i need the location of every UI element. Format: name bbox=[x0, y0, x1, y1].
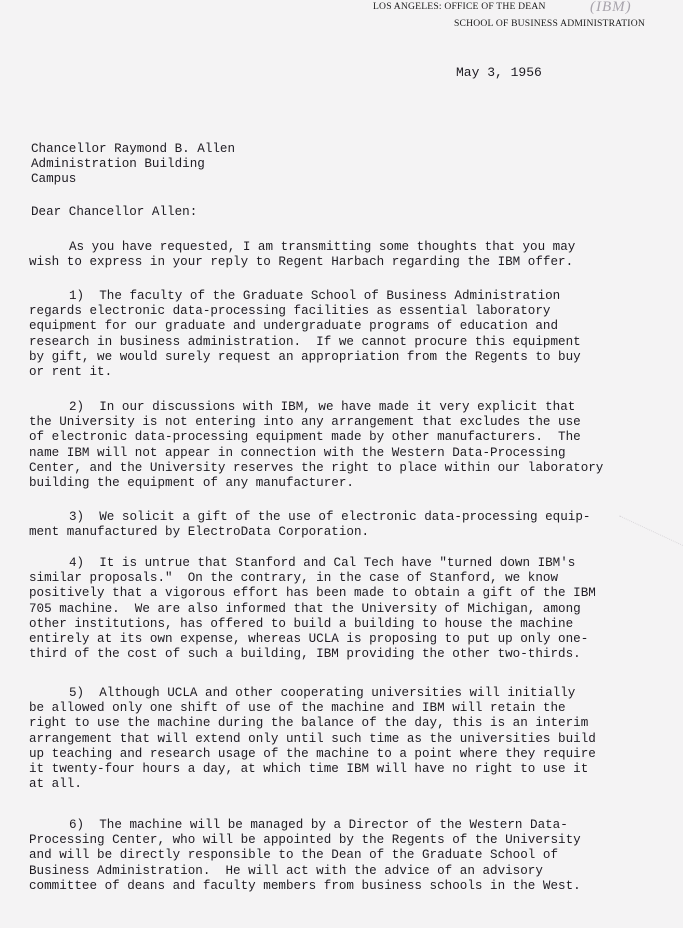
paragraph-line: 5) Although UCLA and other cooperating u… bbox=[29, 686, 596, 701]
paper-crease bbox=[606, 515, 683, 573]
recipient-address: Chancellor Raymond B. AllenAdministratio… bbox=[31, 142, 235, 188]
paragraph-4: 4) It is untrue that Stanford and Cal Te… bbox=[29, 556, 596, 662]
paragraph-line: 4) It is untrue that Stanford and Cal Te… bbox=[29, 556, 596, 571]
paragraph-line: other institutions, has offered to build… bbox=[29, 617, 596, 632]
paragraph-line: ment manufactured by ElectroData Corpora… bbox=[29, 525, 590, 540]
paragraph-line: 705 machine. We are also informed that t… bbox=[29, 602, 596, 617]
paragraph-1: 1) The faculty of the Graduate School of… bbox=[29, 289, 581, 380]
paragraph-line: Center, and the University reserves the … bbox=[29, 461, 603, 476]
paragraph-line: positively that a vigorous effort has be… bbox=[29, 586, 596, 601]
paragraph-line: 2) In our discussions with IBM, we have … bbox=[29, 400, 603, 415]
recipient-location: Campus bbox=[31, 172, 235, 187]
paragraph-line: it twenty-four hours a day, at which tim… bbox=[29, 762, 596, 777]
paragraph-3: 3) We solicit a gift of the use of elect… bbox=[29, 510, 590, 540]
paragraph-2: 2) In our discussions with IBM, we have … bbox=[29, 400, 603, 491]
handwritten-note: (IBM) bbox=[590, 0, 632, 16]
paragraph-line: wish to express in your reply to Regent … bbox=[29, 255, 575, 270]
paragraph-line: research in business administration. If … bbox=[29, 335, 581, 350]
paragraph-line: Processing Center, who will be appointed… bbox=[29, 833, 581, 848]
recipient-building: Administration Building bbox=[31, 157, 235, 172]
letterhead-office: LOS ANGELES: OFFICE OF THE DEAN bbox=[373, 1, 546, 12]
paragraph-line: the University is not entering into any … bbox=[29, 415, 603, 430]
paragraph-6: 6) The machine will be managed by a Dire… bbox=[29, 818, 581, 894]
paragraph-line: right to use the machine during the bala… bbox=[29, 716, 596, 731]
paragraph-line: name IBM will not appear in connection w… bbox=[29, 446, 603, 461]
paragraph-line: arrangement that will extend only until … bbox=[29, 732, 596, 747]
paragraph-5: 5) Although UCLA and other cooperating u… bbox=[29, 686, 596, 792]
paragraph-intro: As you have requested, I am transmitting… bbox=[29, 240, 575, 270]
paragraph-line: committee of deans and faculty members f… bbox=[29, 879, 581, 894]
paragraph-line: 6) The machine will be managed by a Dire… bbox=[29, 818, 581, 833]
recipient-name: Chancellor Raymond B. Allen bbox=[31, 142, 235, 157]
letterhead-school: SCHOOL OF BUSINESS ADMINISTRATION bbox=[454, 18, 645, 29]
paragraph-line: entirely at its own expense, whereas UCL… bbox=[29, 632, 596, 647]
paragraph-line: equipment for our graduate and undergrad… bbox=[29, 319, 581, 334]
paragraph-line: at all. bbox=[29, 777, 596, 792]
salutation: Dear Chancellor Allen: bbox=[31, 205, 197, 220]
paragraph-line: third of the cost of such a building, IB… bbox=[29, 647, 596, 662]
paragraph-line: similar proposals." On the contrary, in … bbox=[29, 571, 596, 586]
paragraph-line: 3) We solicit a gift of the use of elect… bbox=[29, 510, 590, 525]
paragraph-line: regards electronic data-processing facil… bbox=[29, 304, 581, 319]
paragraph-line: 1) The faculty of the Graduate School of… bbox=[29, 289, 581, 304]
letter-date: May 3, 1956 bbox=[456, 65, 542, 80]
paragraph-line: and will be directly responsible to the … bbox=[29, 848, 581, 863]
paragraph-line: or rent it. bbox=[29, 365, 581, 380]
paragraph-line: building the equipment of any manufactur… bbox=[29, 476, 603, 491]
paragraph-line: of electronic data-processing equipment … bbox=[29, 430, 603, 445]
paragraph-line: be allowed only one shift of use of the … bbox=[29, 701, 596, 716]
paragraph-line: Business Administration. He will act wit… bbox=[29, 864, 581, 879]
paragraph-line: up teaching and research usage of the ma… bbox=[29, 747, 596, 762]
paragraph-line: by gift, we would surely request an appr… bbox=[29, 350, 581, 365]
paragraph-line: As you have requested, I am transmitting… bbox=[29, 240, 575, 255]
